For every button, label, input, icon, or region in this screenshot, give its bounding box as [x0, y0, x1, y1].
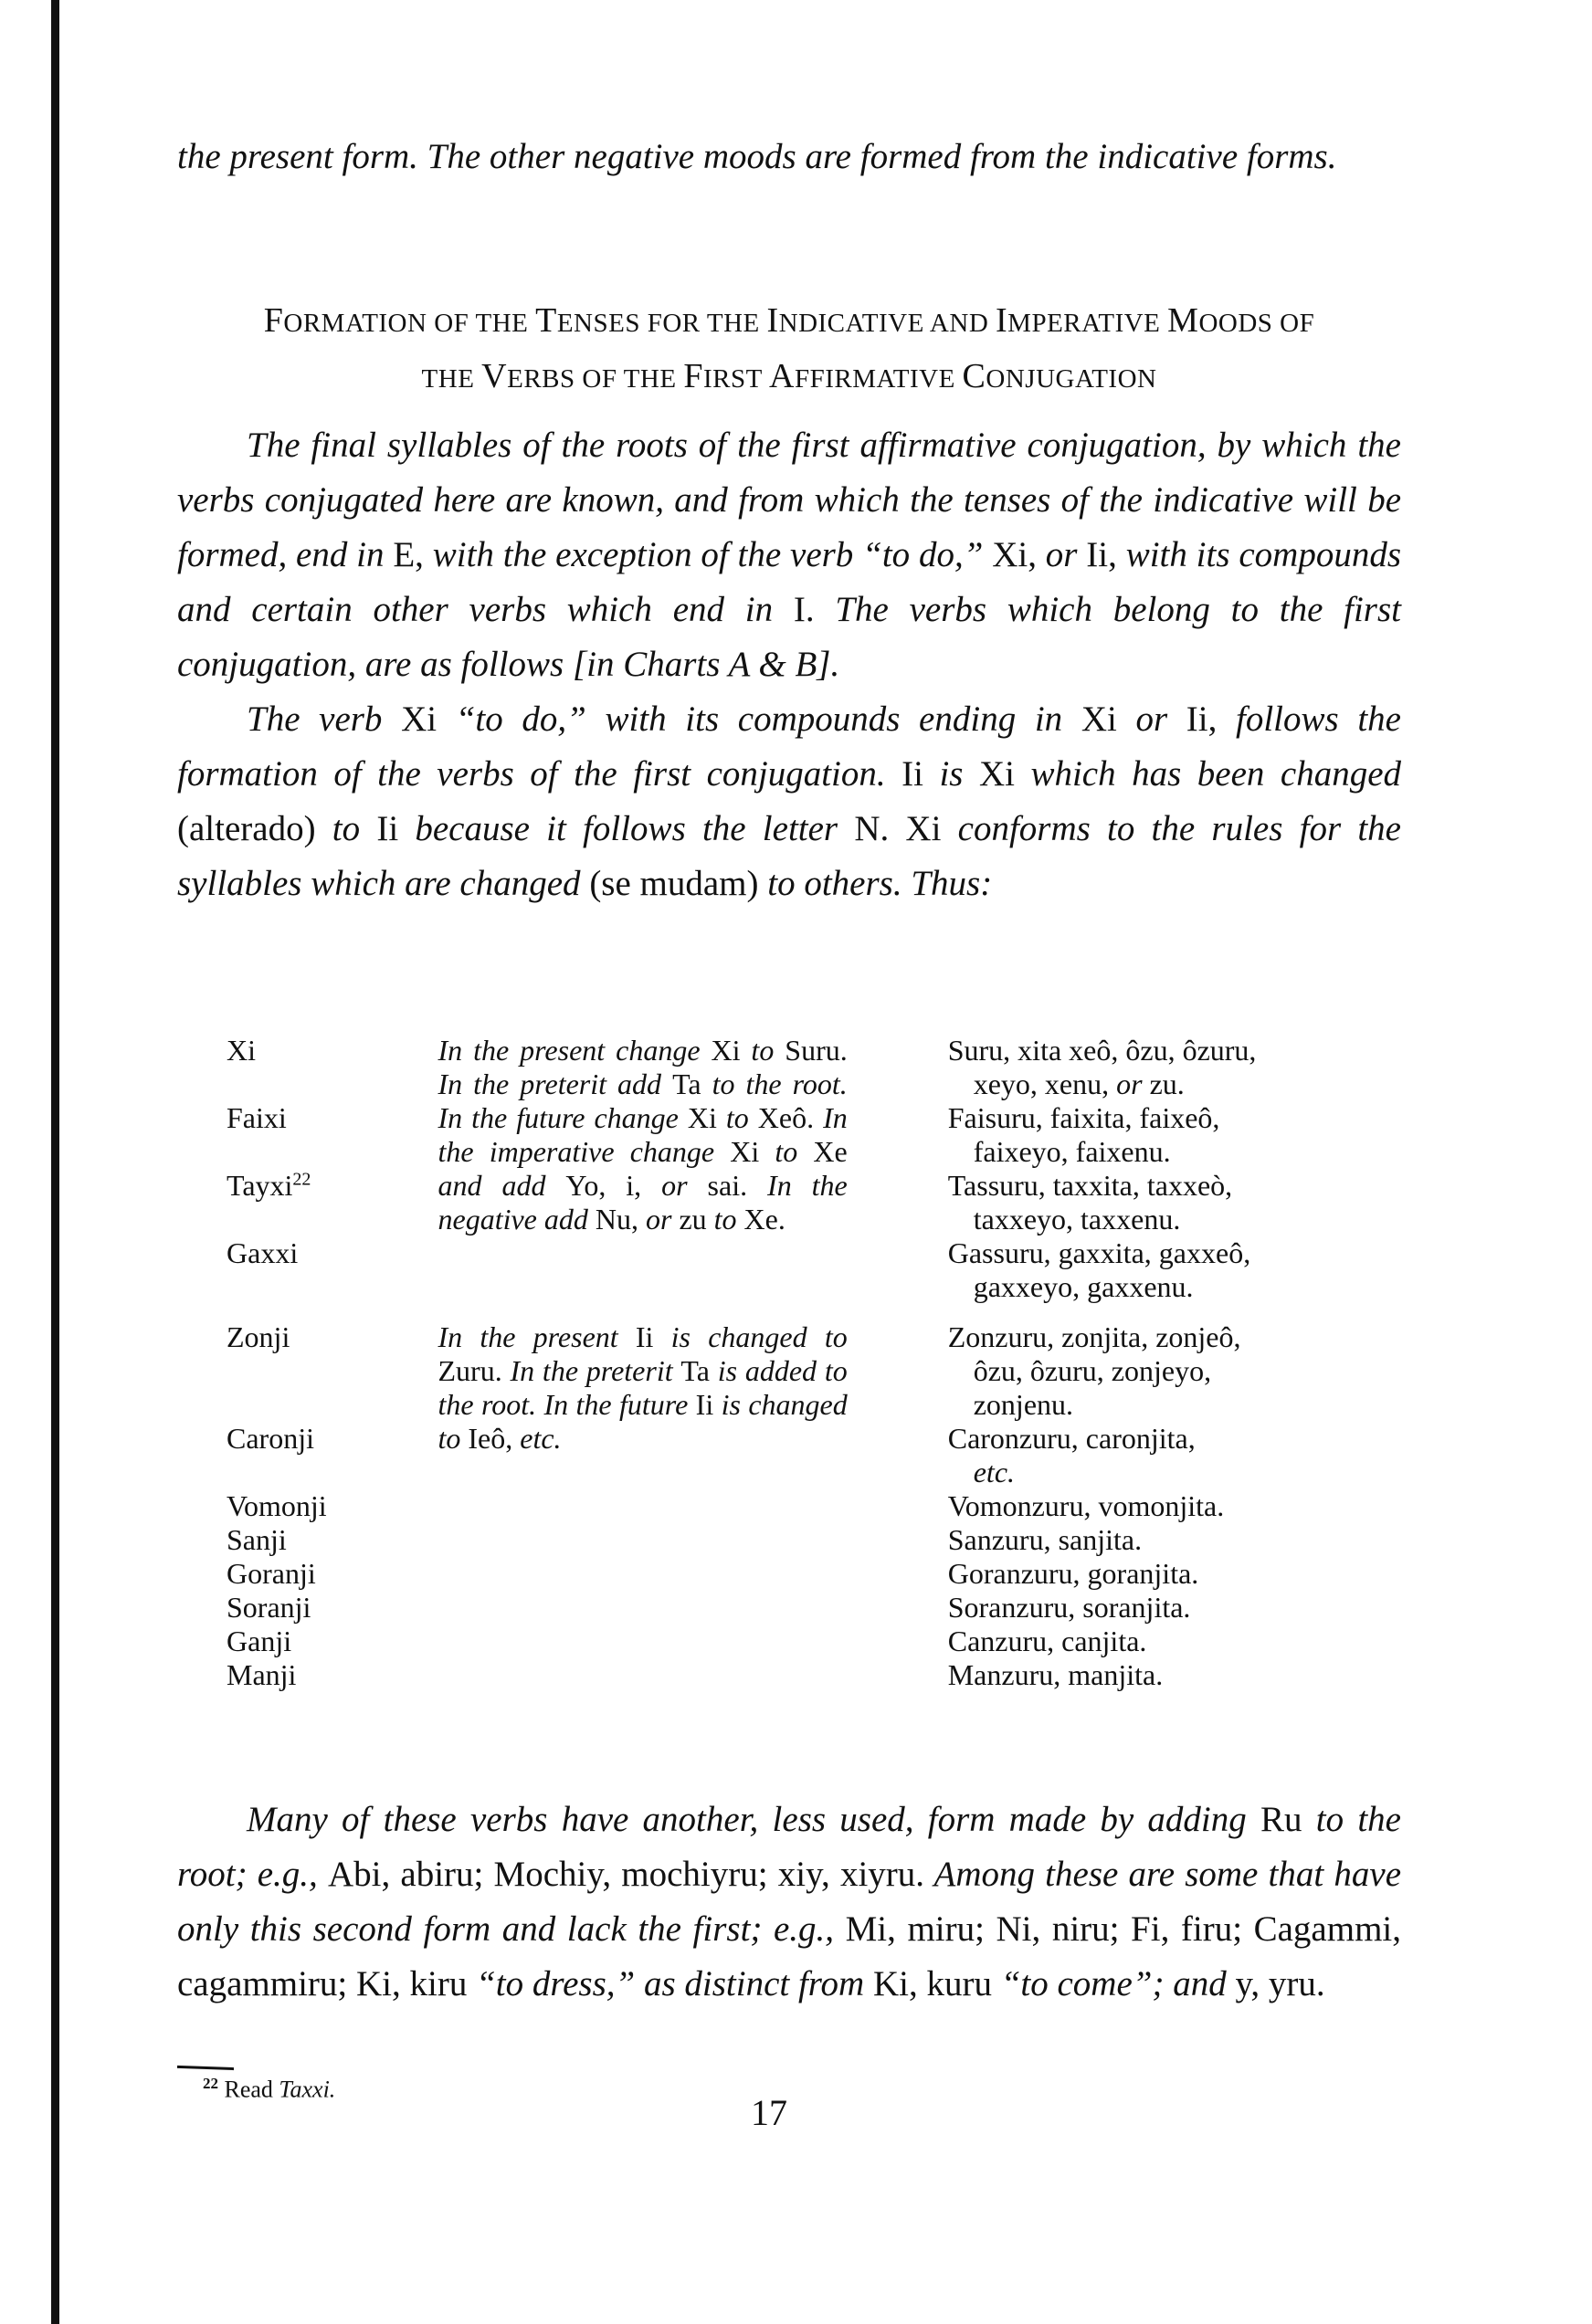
verb-root: Goranji	[227, 1557, 438, 1591]
verb-forms: Suru, xita xeô, ôzu, ôzuru, xeyo, xenu, …	[948, 1034, 1401, 1101]
verb-root: Faixi	[227, 1101, 438, 1169]
verb-root: Vomonji	[227, 1489, 438, 1523]
footnote-number: 22	[203, 2075, 218, 2092]
verb-root: Ganji	[227, 1625, 438, 1658]
verb-list-xi-group: Xi Faixi Tayxi22 Gaxxi	[227, 1034, 438, 1320]
verb-root: Sanji	[227, 1523, 438, 1557]
verb-forms: Faisuru, faixita, faixeô, faixeyo, faixe…	[948, 1101, 1401, 1169]
intro-text: the present form. The other negative moo…	[177, 137, 1336, 176]
table-row: SoranjiSoranzuru, soranjita.	[227, 1591, 1401, 1625]
verb-root: Manji	[227, 1658, 438, 1692]
verb-root: Xi	[227, 1034, 438, 1101]
table-row-group-xi: Xi Faixi Tayxi22 Gaxxi In the present ch…	[227, 1034, 1401, 1320]
table-row: VomonjiVomonzuru, vomonjita.	[227, 1489, 1401, 1523]
footnote-rule	[177, 2066, 234, 2070]
forms-list-xi-group: Suru, xita xeô, ôzu, ôzuru, xeyo, xenu, …	[902, 1034, 1401, 1320]
conjugation-table: Xi Faixi Tayxi22 Gaxxi In the present ch…	[227, 1034, 1401, 1692]
intro-paragraph: the present form. The other negative moo…	[177, 130, 1401, 184]
verb-root: Caronji	[227, 1422, 438, 1489]
verb-forms: Manzuru, manjita.	[902, 1658, 1401, 1692]
verb-list-ii-group: Zonji Caronji	[227, 1320, 438, 1489]
rule-description-xi: In the present change Xi to Suru. In the…	[438, 1034, 901, 1320]
table-row: ManjiManzuru, manjita.	[227, 1658, 1401, 1692]
verb-root: Tayxi22	[227, 1169, 438, 1236]
table-row: GanjiCanzuru, canjita.	[227, 1625, 1401, 1658]
section-heading-line-1: FORMATION OF THE TENSES FOR THE INDICATI…	[177, 294, 1401, 350]
verb-root: Soranji	[227, 1591, 438, 1625]
verb-forms: Tassuru, taxxita, taxxeò, taxxeyo, taxxe…	[948, 1169, 1401, 1236]
verb-root: Zonji	[227, 1320, 438, 1422]
table-row: GoranjiGoranzuru, goranjita.	[227, 1557, 1401, 1591]
main-paragraphs: The final syllables of the roots of the …	[177, 418, 1401, 911]
footnote-reference: 22	[292, 1169, 311, 1189]
paragraph-verb-xi: The verb Xi “to do,” with its compounds …	[177, 692, 1401, 911]
paragraph-final-syllables: The final syllables of the roots of the …	[177, 418, 1401, 692]
verb-forms: Soranzuru, soranjita.	[902, 1591, 1401, 1625]
rule-description-ii: In the present Ii is changed to Zuru. In…	[438, 1320, 901, 1489]
table-row: SanjiSanzuru, sanjita.	[227, 1523, 1401, 1557]
page-number: 17	[751, 2091, 787, 2134]
verb-forms: Vomonzuru, vomonjita.	[902, 1489, 1401, 1523]
page-binding-edge	[51, 0, 59, 2324]
table-row-group-ii: Zonji Caronji In the present Ii is chang…	[227, 1320, 1401, 1489]
section-heading: FORMATION OF THE TENSES FOR THE INDICATI…	[177, 294, 1401, 405]
verb-forms: Goranzuru, goranjita.	[902, 1557, 1401, 1591]
verb-forms: Caronzuru, caronjita, etc.	[948, 1422, 1401, 1489]
paragraph-less-used-forms: Many of these verbs have another, less u…	[177, 1793, 1401, 2012]
section-heading-line-2: THE VERBS OF THE FIRST AFFIRMATIVE CONJU…	[177, 350, 1401, 405]
paragraph-ru-forms: Many of these verbs have another, less u…	[177, 1793, 1401, 2012]
footnote: 22 Read Taxxi.	[203, 2075, 335, 2104]
verb-forms: Canzuru, canjita.	[902, 1625, 1401, 1658]
footnote-term: Taxxi.	[279, 2077, 335, 2103]
verb-forms: Sanzuru, sanjita.	[902, 1523, 1401, 1557]
verb-forms: Gassuru, gaxxita, gaxxeô, gaxxeyo, gaxxe…	[948, 1236, 1401, 1304]
footnote-label: Read	[225, 2077, 273, 2103]
forms-list-ii-group: Zonzuru, zonjita, zonjeô, ôzu, ôzuru, zo…	[902, 1320, 1401, 1489]
verb-root: Gaxxi	[227, 1236, 438, 1304]
verb-forms: Zonzuru, zonjita, zonjeô, ôzu, ôzuru, zo…	[948, 1320, 1401, 1422]
